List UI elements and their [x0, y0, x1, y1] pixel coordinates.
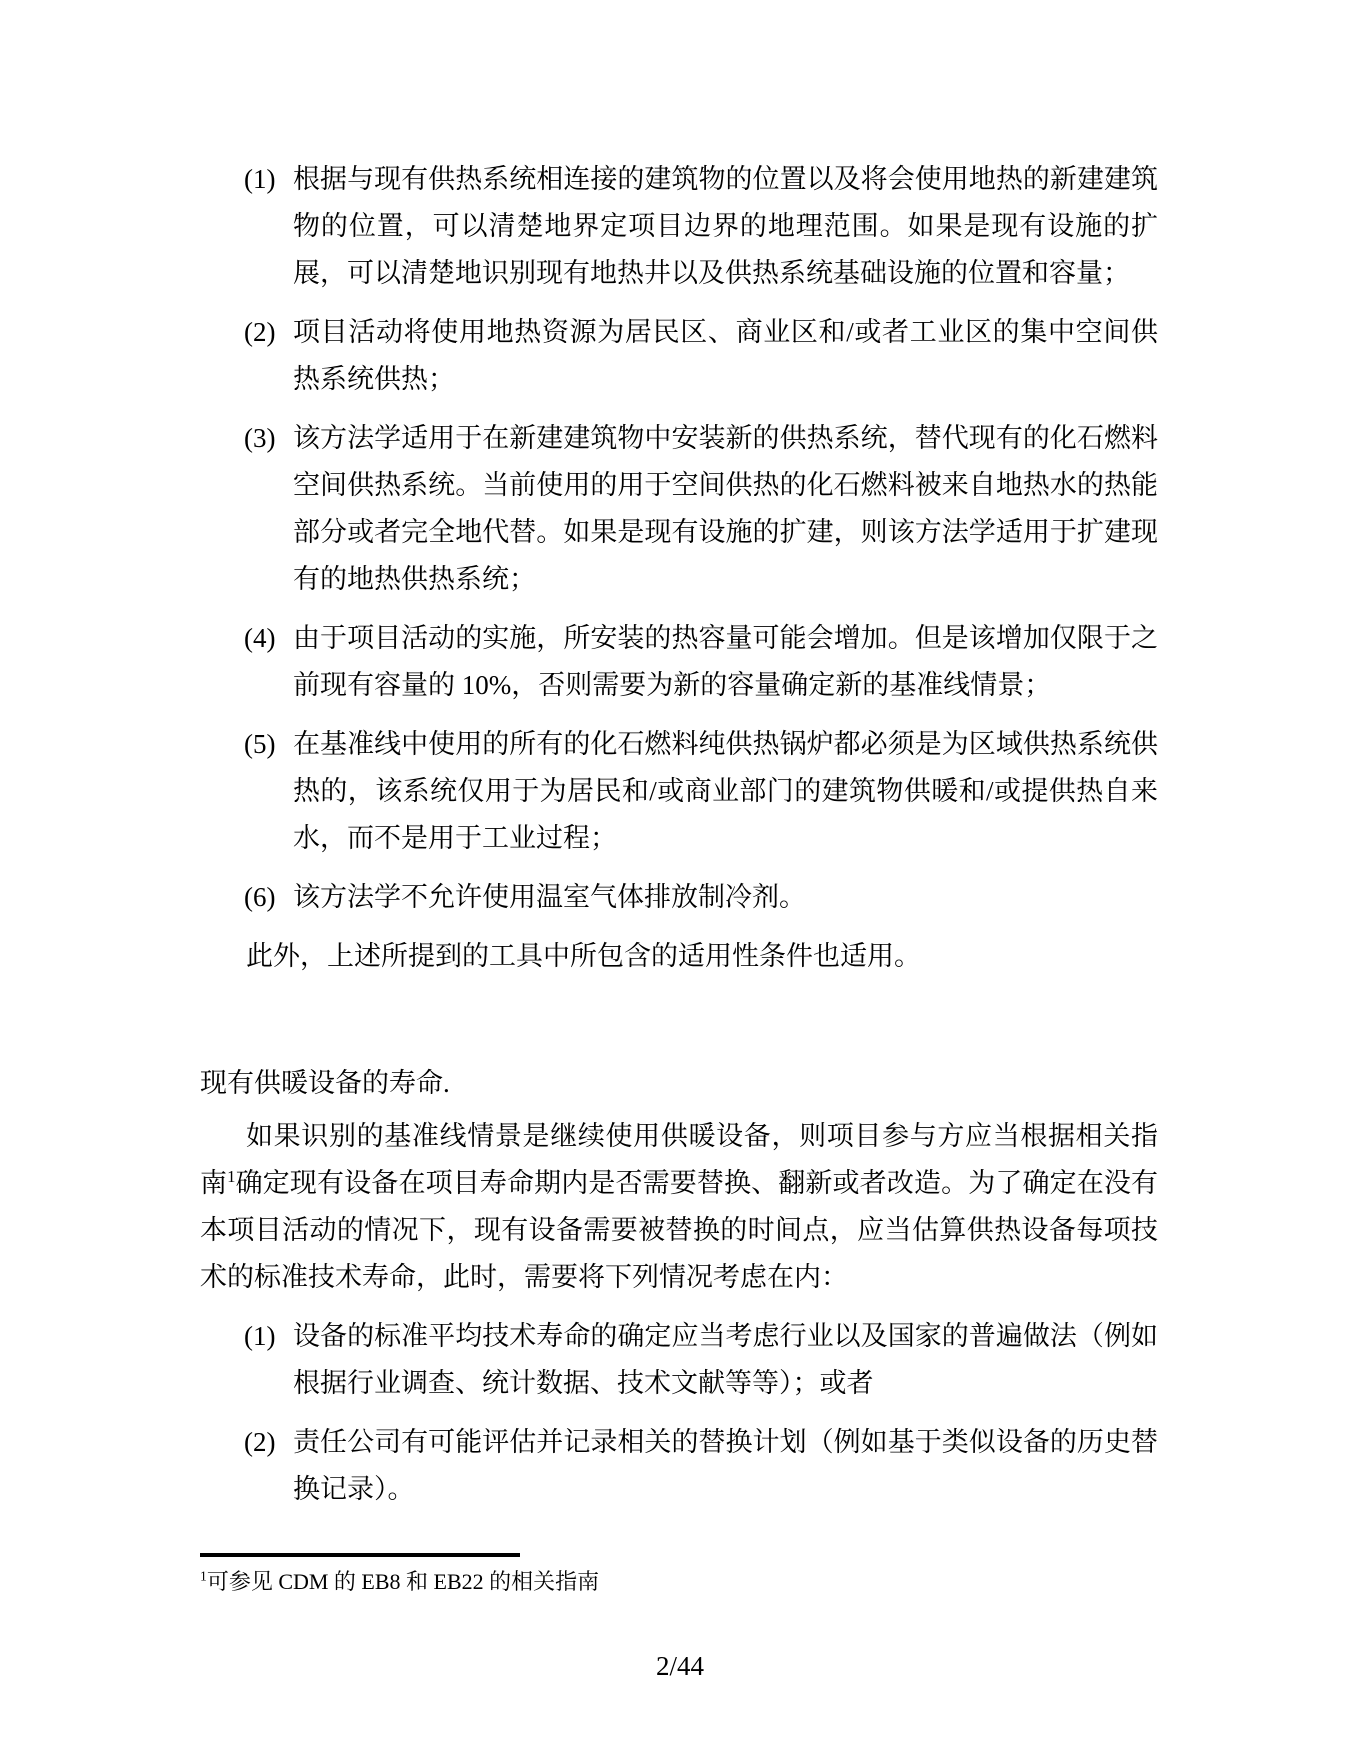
footnote-area: 1可参见 CDM 的 EB8 和 EB22 的相关指南: [200, 1553, 1158, 1597]
list-item-text: 根据与现有供热系统相连接的建筑物的位置以及将会使用地热的新建建筑物的位置，可以清…: [293, 164, 1158, 288]
footnote-text: 1可参见 CDM 的 EB8 和 EB22 的相关指南: [200, 1567, 1158, 1597]
list-item: (6) 该方法学不允许使用温室气体排放制冷剂。: [200, 874, 1158, 921]
list-item-number: (6): [244, 874, 275, 921]
list-item: (1) 设备的标准平均技术寿命的确定应当考虑行业以及国家的普遍做法（例如根据行业…: [200, 1313, 1158, 1407]
list-item-number: (1): [244, 1313, 275, 1360]
closing-note: 此外，上述所提到的工具中所包含的适用性条件也适用。: [200, 933, 1158, 980]
document-content: (1) 根据与现有供热系统相连接的建筑物的位置以及将会使用地热的新建建筑物的位置…: [200, 156, 1158, 1513]
document-page: (1) 根据与现有供热系统相连接的建筑物的位置以及将会使用地热的新建建筑物的位置…: [0, 0, 1360, 1760]
footnote-reference-marker: 1: [227, 1167, 235, 1186]
list-item: (2) 责任公司有可能评估并记录相关的替换计划（例如基于类似设备的历史替换记录）…: [200, 1419, 1158, 1513]
page-footer: 2/44: [0, 1646, 1360, 1686]
page-number: 2/44: [656, 1651, 704, 1681]
list-item-text: 由于项目活动的实施，所安装的热容量可能会增加。但是该增加仅限于之前现有容量的 1…: [293, 623, 1158, 700]
list-item-number: (5): [244, 721, 275, 768]
paragraph-text-after-ref: 确定现有设备在项目寿命期内是否需要替换、翻新或者改造。为了确定在没有本项目活动的…: [200, 1168, 1158, 1292]
footnote-body: 可参见 CDM 的 EB8 和 EB22 的相关指南: [207, 1569, 599, 1594]
list-item-text: 在基准线中使用的所有的化石燃料纯供热锅炉都必须是为区域供热系统供热的，该系统仅用…: [293, 729, 1158, 853]
list-item-number: (2): [244, 1419, 275, 1466]
list-item-text: 设备的标准平均技术寿命的确定应当考虑行业以及国家的普遍做法（例如根据行业调查、统…: [293, 1321, 1158, 1398]
list-item-text: 责任公司有可能评估并记录相关的替换计划（例如基于类似设备的历史替换记录）。: [293, 1427, 1158, 1504]
list-item-text: 项目活动将使用地热资源为居民区、商业区和/或者工业区的集中空间供热系统供热；: [293, 317, 1158, 394]
footnote-marker: 1: [200, 1569, 207, 1584]
list-item-number: (1): [244, 156, 275, 203]
lifetime-considerations-list: (1) 设备的标准平均技术寿命的确定应当考虑行业以及国家的普遍做法（例如根据行业…: [200, 1313, 1158, 1513]
applicability-conditions-list: (1) 根据与现有供热系统相连接的建筑物的位置以及将会使用地热的新建建筑物的位置…: [200, 156, 1158, 921]
list-item-number: (3): [244, 415, 275, 462]
list-item: (4) 由于项目活动的实施，所安装的热容量可能会增加。但是该增加仅限于之前现有容…: [200, 615, 1158, 709]
list-item-number: (2): [244, 309, 275, 356]
footnote-separator-rule: [200, 1553, 520, 1557]
list-item-text: 该方法学适用于在新建建筑物中安装新的供热系统，替代现有的化石燃料空间供热系统。当…: [293, 423, 1158, 594]
list-item: (1) 根据与现有供热系统相连接的建筑物的位置以及将会使用地热的新建建筑物的位置…: [200, 156, 1158, 297]
list-item: (3) 该方法学适用于在新建建筑物中安装新的供热系统，替代现有的化石燃料空间供热…: [200, 415, 1158, 603]
list-item-number: (4): [244, 615, 275, 662]
list-item: (2) 项目活动将使用地热资源为居民区、商业区和/或者工业区的集中空间供热系统供…: [200, 309, 1158, 403]
section-heading-equipment-lifetime: 现有供暖设备的寿命.: [200, 1060, 1158, 1107]
list-item-text: 该方法学不允许使用温室气体排放制冷剂。: [293, 882, 806, 912]
lifetime-paragraph: 如果识别的基准线情景是继续使用供暖设备，则项目参与方应当根据相关指南1确定现有设…: [200, 1113, 1158, 1301]
list-item: (5) 在基准线中使用的所有的化石燃料纯供热锅炉都必须是为区域供热系统供热的，该…: [200, 721, 1158, 862]
